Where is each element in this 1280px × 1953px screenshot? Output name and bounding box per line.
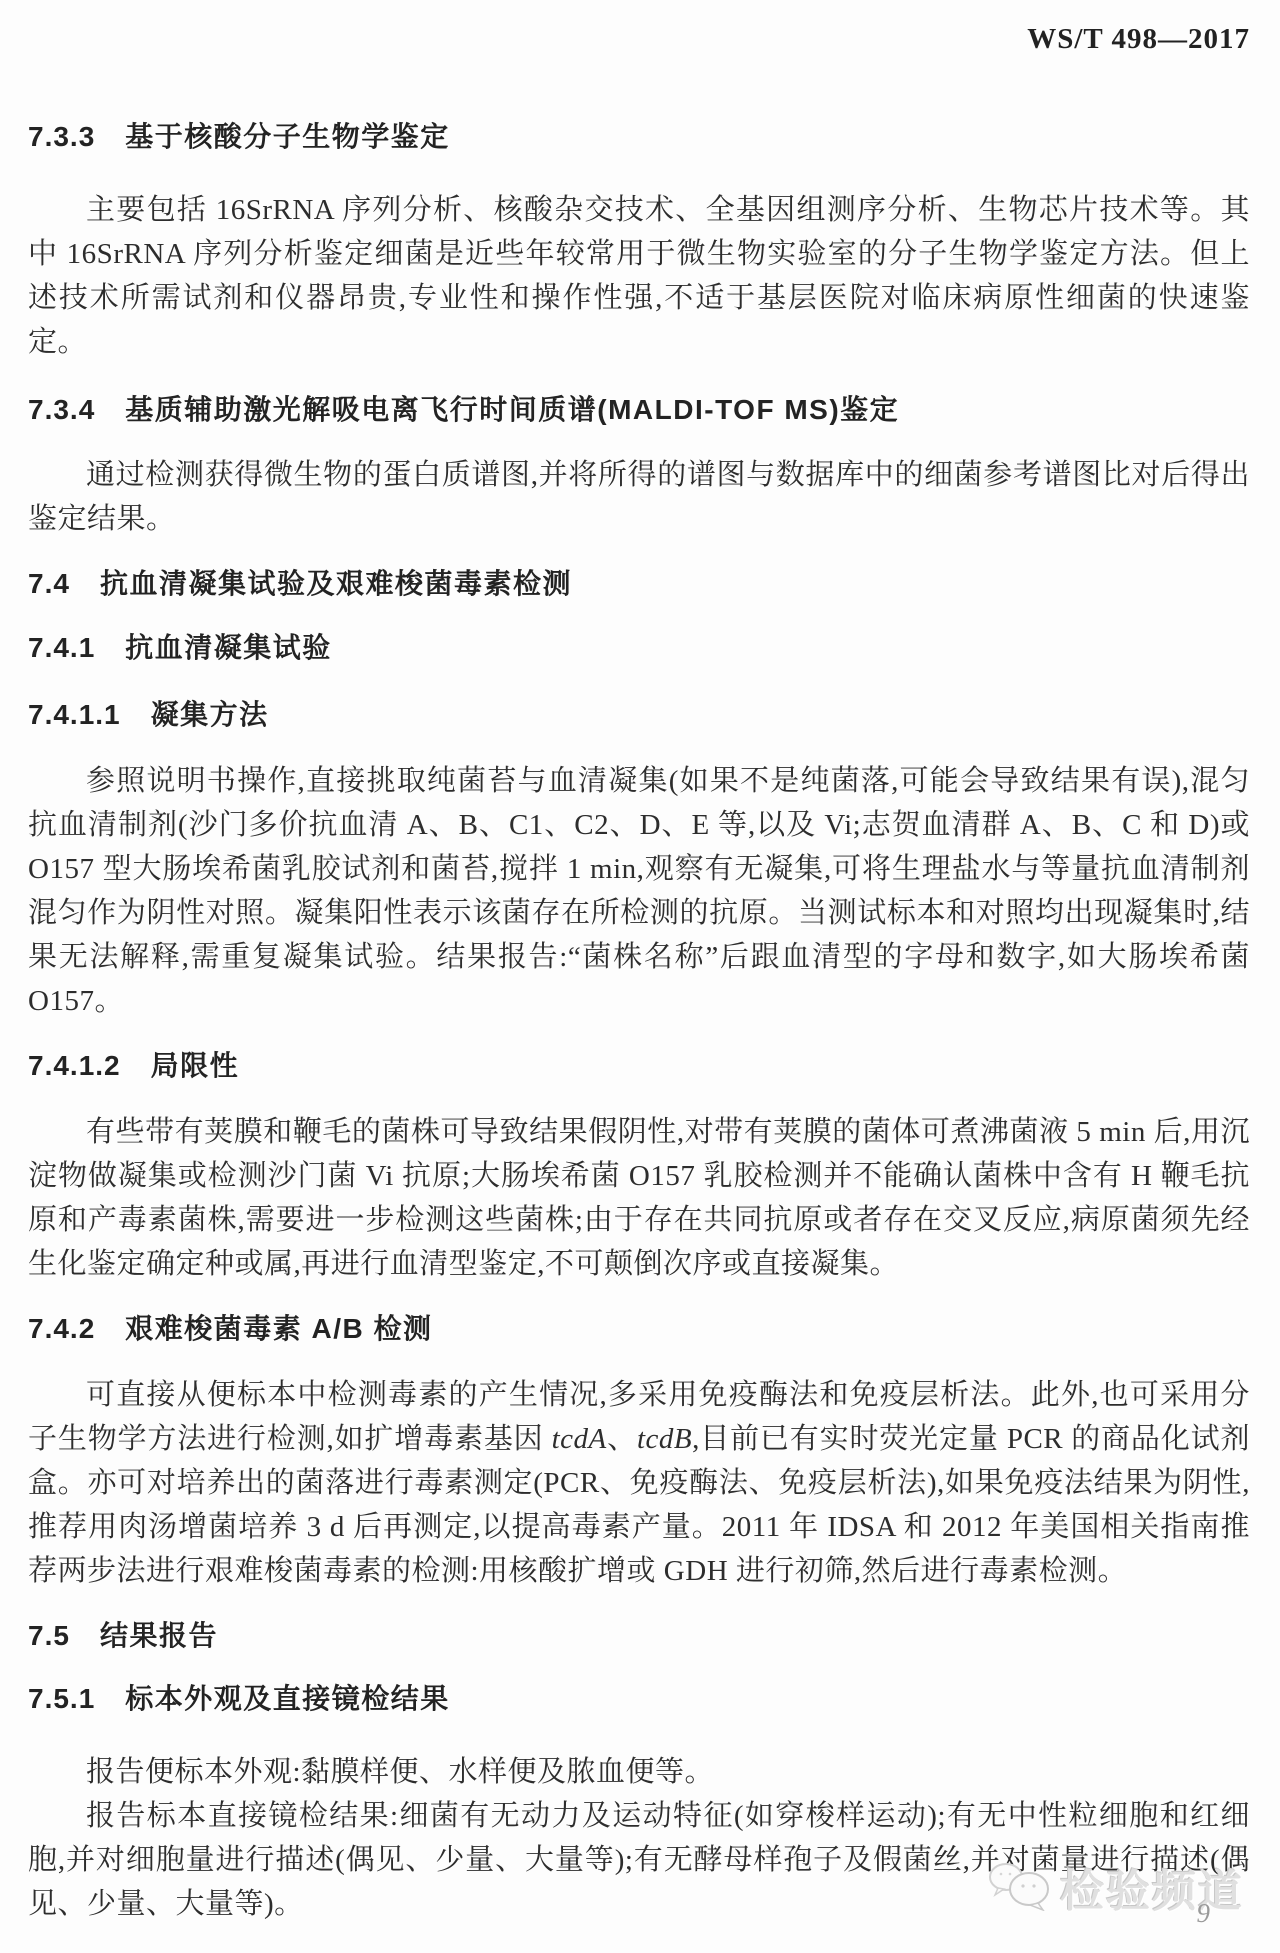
section-title: 基于核酸分子生物学鉴定 — [125, 121, 450, 152]
section-number: 7.5.1 — [28, 1683, 95, 1714]
heading-7-4-1-2: 7.4.1.2局限性 — [28, 1047, 1250, 1085]
gene-name-italic: tcdB — [637, 1423, 692, 1455]
section-title: 标本外观及直接镜检结果 — [125, 1683, 450, 1714]
heading-7-4: 7.4抗血清凝集试验及艰难梭菌毒素检测 — [28, 565, 1250, 603]
section-number: 7.4 — [28, 568, 70, 599]
section-number: 7.5 — [28, 1620, 70, 1651]
section-number: 7.3.4 — [28, 394, 95, 425]
section-title: 局限性 — [151, 1050, 240, 1081]
section-title: 基质辅助激光解吸电离飞行时间质谱(MALDI-TOF MS)鉴定 — [125, 394, 899, 425]
paragraph: 可直接从便标本中检测毒素的产生情况,多采用免疫酶法和免疫层析法。此外,也可采用分… — [28, 1373, 1250, 1593]
section-title: 凝集方法 — [151, 699, 269, 730]
standard-code-header: WS/T 498—2017 — [28, 0, 1250, 56]
page-number: 9 — [1197, 1898, 1211, 1929]
wechat-chat-bubbles-icon — [988, 1859, 1054, 1916]
section-title: 抗血清凝集试验及艰难梭菌毒素检测 — [100, 568, 572, 599]
section-number: 7.4.1.2 — [28, 1050, 121, 1081]
section-number: 7.3.3 — [28, 121, 95, 152]
watermark-text: 检验频道 — [1060, 1855, 1244, 1919]
paragraph: 有些带有荚膜和鞭毛的菌株可导致结果假阴性,对带有荚膜的菌体可煮沸菌液 5 min… — [28, 1110, 1250, 1286]
heading-7-4-1: 7.4.1抗血清凝集试验 — [28, 629, 1250, 667]
gene-name-italic: tcdA — [552, 1423, 607, 1455]
heading-7-3-3: 7.3.3基于核酸分子生物学鉴定 — [28, 118, 1250, 156]
text-segment: 、 — [607, 1423, 637, 1455]
heading-7-5: 7.5结果报告 — [28, 1617, 1250, 1655]
section-number: 7.4.1.1 — [28, 699, 121, 730]
heading-7-5-1: 7.5.1标本外观及直接镜检结果 — [28, 1680, 1250, 1718]
document-page: { "header": { "standard_code": "WS/T 498… — [0, 0, 1280, 1953]
section-title: 抗血清凝集试验 — [125, 632, 332, 663]
heading-7-4-1-1: 7.4.1.1凝集方法 — [28, 696, 1250, 734]
section-number: 7.4.1 — [28, 632, 95, 663]
section-title: 结果报告 — [100, 1620, 218, 1651]
section-title: 艰难梭菌毒素 A/B 检测 — [125, 1313, 432, 1344]
paragraph: 报告便标本外观:黏膜样便、水样便及脓血便等。 — [28, 1750, 1250, 1794]
document-body: WS/T 498—2017 7.3.3基于核酸分子生物学鉴定 主要包括 16Sr… — [0, 0, 1280, 1926]
paragraph: 参照说明书操作,直接挑取纯菌苔与血清凝集(如果不是纯菌落,可能会导致结果有误),… — [28, 759, 1250, 1023]
paragraph: 主要包括 16SrRNA 序列分析、核酸杂交技术、全基因组测序分析、生物芯片技术… — [28, 188, 1250, 364]
heading-7-3-4: 7.3.4基质辅助激光解吸电离飞行时间质谱(MALDI-TOF MS)鉴定 — [28, 391, 1250, 429]
paragraph: 通过检测获得微生物的蛋白质谱图,并将所得的谱图与数据库中的细菌参考谱图比对后得出… — [28, 453, 1250, 541]
section-number: 7.4.2 — [28, 1313, 95, 1344]
heading-7-4-2: 7.4.2艰难梭菌毒素 A/B 检测 — [28, 1310, 1250, 1348]
